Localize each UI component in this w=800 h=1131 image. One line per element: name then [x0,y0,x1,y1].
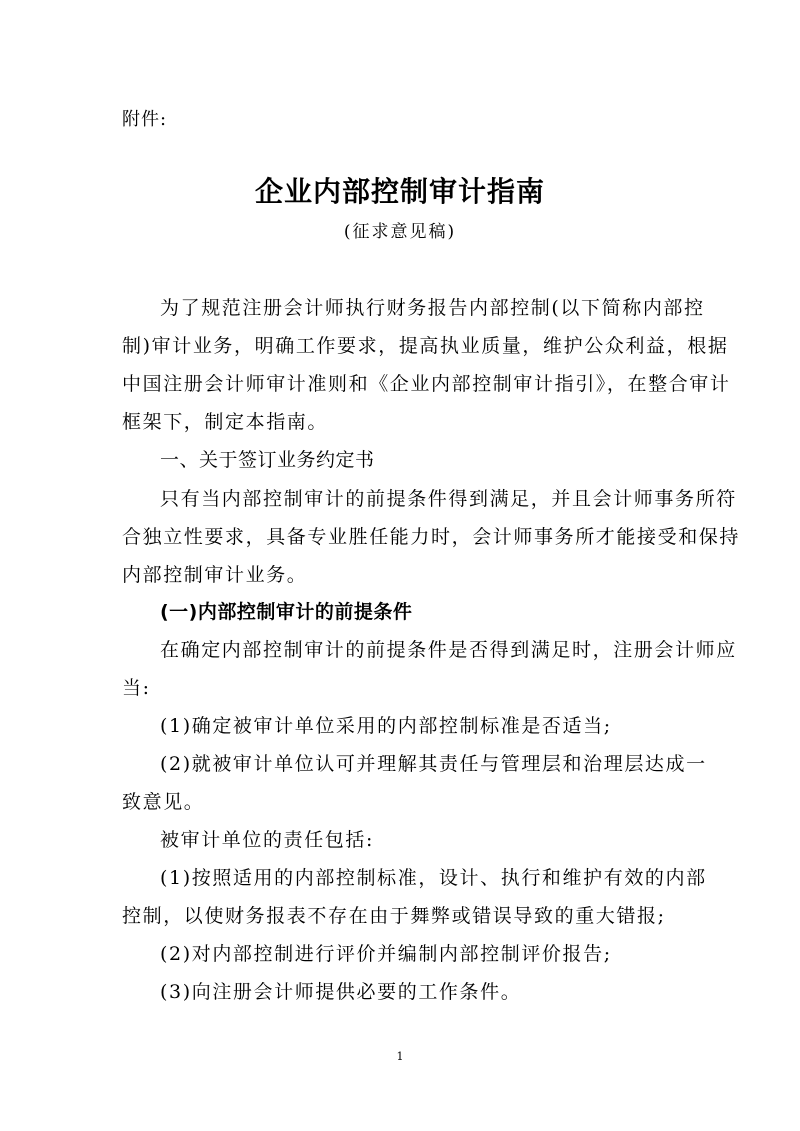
section-1-paragraph-line-1: 只有当内部控制审计的前提条件得到满足，并且会计师事务所符 [160,487,720,511]
document-title: 企业内部控制审计指南 [0,172,800,212]
responsibility-item-1-line-1: (1)按照适用的内部控制标准，设计、执行和维护有效的内部 [160,866,720,890]
responsibility-item-1-line-2: 控制，以使财务报表不存在由于舞弊或错误导致的重大错报; [122,904,682,928]
document-subtitle: (征求意见稿) [0,220,800,244]
subsection-heading-1: (一)内部控制审计的前提条件 [160,600,720,624]
responsibilities-intro: 被审计单位的责任包括: [160,828,720,852]
intro-paragraph-line-4: 框架下，制定本指南。 [122,410,682,434]
precondition-item-2-line-1: (2)就被审计单位认可并理解其责任与管理层和治理层达成一 [160,752,720,776]
document-page: 附件: 企业内部控制审计指南 (征求意见稿) 为了规范注册会计师执行财务报告内部… [0,0,800,1131]
page-number: 1 [0,1050,800,1064]
responsibility-item-2: (2)对内部控制进行评价并编制内部控制评价报告; [160,942,720,966]
attachment-label: 附件: [122,108,682,132]
intro-paragraph-line-2: 制)审计业务，明确工作要求，提高执业质量，维护公众利益，根据 [122,334,682,358]
section-heading-1: 一、关于签订业务约定书 [160,448,720,472]
intro-paragraph-line-3: 中国注册会计师审计准则和《企业内部控制审计指引》，在整合审计 [122,372,682,396]
section-1-paragraph-line-2: 合独立性要求，具备专业胜任能力时，会计师事务所才能接受和保持 [122,525,682,549]
preconditions-paragraph-line-1: 在确定内部控制审计的前提条件是否得到满足时，注册会计师应 [160,638,720,662]
responsibility-item-3: (3)向注册会计师提供必要的工作条件。 [160,980,720,1004]
section-1-paragraph-line-3: 内部控制审计业务。 [122,563,682,587]
precondition-item-1: (1)确定被审计单位采用的内部控制标准是否适当; [160,714,720,738]
intro-paragraph-line-1: 为了规范注册会计师执行财务报告内部控制(以下简称内部控 [160,296,720,320]
preconditions-paragraph-line-2: 当: [122,676,682,700]
precondition-item-2-line-2: 致意见。 [122,790,682,814]
